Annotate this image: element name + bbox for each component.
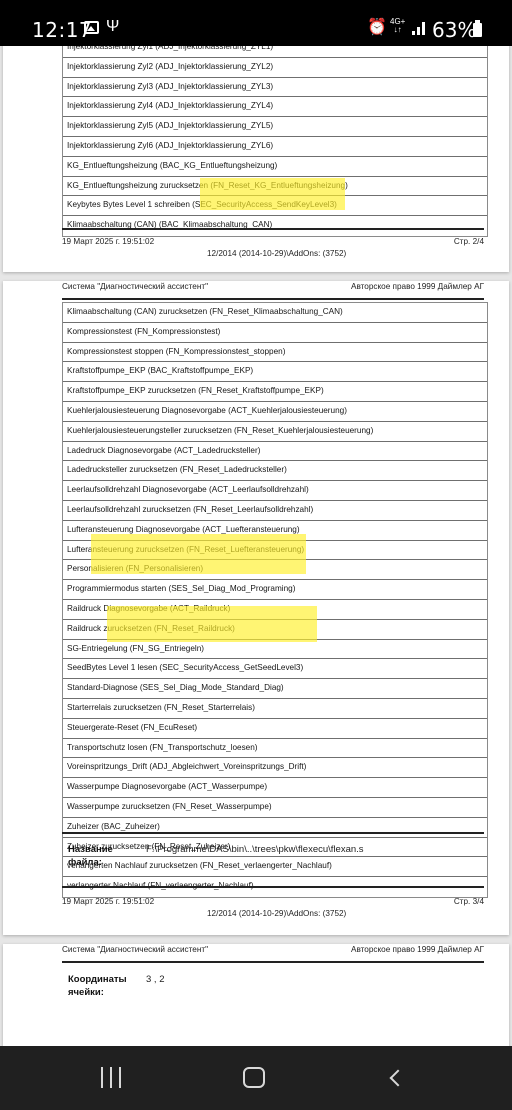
function-table-page-3: Klimaabschaltung (CAN) zurucksetzen (FN_… [62, 302, 488, 898]
page-number: Стр. 2/4 [454, 237, 484, 246]
header-rule [62, 961, 484, 963]
table-row: Injektorklassierung Zyl2 (ADJ_Injektorkl… [63, 58, 487, 78]
cell-coordinates-label: Координаты ячейки: [68, 974, 138, 999]
header-copyright: Авторское право 1999 Даймлер АГ [351, 282, 484, 291]
table-row: Kraftstoffpumpe_EKP (BAC_Kraftstoffpumpe… [63, 362, 487, 382]
table-row: Standard-Diagnose (SES_Sel_Diag_Mode_Sta… [63, 679, 487, 699]
home-button[interactable] [243, 1067, 265, 1088]
table-row: Leerlaufsolldrehzahl Diagnosevorgabe (AC… [63, 481, 487, 501]
recent-apps-button[interactable] [101, 1067, 122, 1089]
footer-rule [62, 886, 484, 888]
back-button[interactable] [390, 1070, 407, 1087]
footer-version: 12/2014 (2014-10-29)\AddOns: (3752) [207, 909, 346, 918]
table-row: Kompressionstest (FN_Kompressionstest) [63, 323, 487, 343]
table-row: Ladedrucksteller zurucksetzen (FN_Reset_… [63, 461, 487, 481]
status-bar: 12:17 Ψ ⏰ 4G+↓↑ 63% [0, 0, 512, 46]
navigation-bar [0, 1046, 512, 1110]
table-row: Lufteransteuerung Diagnosevorgabe (ACT_L… [63, 521, 487, 541]
table-row: Voreinspritzungs_Drift (ADJ_Abgleichwert… [63, 758, 487, 778]
page-number: Стр. 3/4 [454, 897, 484, 906]
network-type: 4G+ [390, 17, 405, 26]
file-name-label: Название файла: [68, 844, 138, 869]
table-row: Transportschutz losen (FN_Transportschut… [63, 739, 487, 759]
network-4g-icon: 4G+↓↑ [390, 18, 405, 34]
function-table-page-2: Injektorklassierung Zyl1 (ADJ_Injektorkl… [62, 37, 488, 237]
table-row: Kompressionstest stoppen (FN_Kompression… [63, 343, 487, 363]
footer-date: 19 Март 2025 г. 19:51:02 [62, 897, 154, 906]
table-row: Injektorklassierung Zyl3 (ADJ_Injektorkl… [63, 78, 487, 98]
table-row: Starterrelais zurucksetzen (FN_Reset_Sta… [63, 699, 487, 719]
footer-rule [62, 228, 484, 230]
table-row: Kuehlerjalousiesteuerung Diagnosevorgabe… [63, 402, 487, 422]
signal-icon [412, 22, 428, 35]
alarm-icon: ⏰ [367, 17, 387, 37]
table-row: KG_Entlueftungsheizung zurucksetzen (FN_… [63, 177, 487, 197]
table-row: Steuergerate-Reset (FN_EcuReset) [63, 719, 487, 739]
header-system-title: Система "Диагностический ассистент" [62, 945, 208, 954]
footer-version: 12/2014 (2014-10-29)\AddOns: (3752) [207, 249, 346, 258]
table-row: Kuehlerjalousiesteuerungsteller zuruckse… [63, 422, 487, 442]
header-rule [62, 298, 484, 300]
table-row: SeedBytes Level 1 lesen (SEC_SecurityAcc… [63, 659, 487, 679]
table-row: Klimaabschaltung (CAN) (BAC_Klimaabschal… [63, 216, 487, 236]
table-row: Injektorklassierung Zyl5 (ADJ_Injektorkl… [63, 117, 487, 137]
document-page-3: Система "Диагностический ассистент" Авто… [3, 281, 509, 935]
table-row: Injektorklassierung Zyl6 (ADJ_Injektorkl… [63, 137, 487, 157]
gallery-icon [84, 21, 99, 34]
table-row: Keybytes Bytes Level 1 schreiben (SEC_Se… [63, 196, 487, 216]
table-row: Wasserpumpe zurucksetzen (FN_Reset_Wasse… [63, 798, 487, 818]
header-copyright: Авторское право 1999 Даймлер АГ [351, 945, 484, 954]
header-system-title: Система "Диагностический ассистент" [62, 282, 208, 291]
battery-percent: 63% [432, 18, 476, 42]
table-row: Personalisieren (FN_Personalisieren) [63, 560, 487, 580]
footer-rule-top [62, 832, 484, 834]
footer-date: 19 Март 2025 г. 19:51:02 [62, 237, 154, 246]
table-row: Zuheizer (BAC_Zuheizer) [63, 818, 487, 838]
table-row: KG_Entlueftungsheizung (BAC_KG_Entlueftu… [63, 157, 487, 177]
table-row: Raildruck Diagnosevorgabe (ACT_Raildruck… [63, 600, 487, 620]
table-row: Injektorklassierung Zyl4 (ADJ_Injektorkl… [63, 97, 487, 117]
table-row: Raildruck zurucksetzen (FN_Reset_Raildru… [63, 620, 487, 640]
table-row: Programmiermodus starten (SES_Sel_Diag_M… [63, 580, 487, 600]
table-row: Lufteransteuerung zurucksetzen (FN_Reset… [63, 541, 487, 561]
table-row: Ladedruck Diagnosevorgabe (ACT_Ladedruck… [63, 442, 487, 462]
file-name-value: F:\Programme\DAS\bin\..\trees\pkw\flexec… [146, 844, 364, 855]
table-row: Kraftstoffpumpe_EKP zurucksetzen (FN_Res… [63, 382, 487, 402]
usb-icon: Ψ [106, 18, 119, 36]
table-row: Leerlaufsolldrehzahl zurucksetzen (FN_Re… [63, 501, 487, 521]
cell-coordinates-value: 3 , 2 [146, 974, 165, 985]
table-row: Wasserpumpe Diagnosevorgabe (ACT_Wasserp… [63, 778, 487, 798]
table-row: Klimaabschaltung (CAN) zurucksetzen (FN_… [63, 303, 487, 323]
table-row: SG-Entriegelung (FN_SG_Entriegeln) [63, 640, 487, 660]
battery-icon [473, 23, 482, 37]
